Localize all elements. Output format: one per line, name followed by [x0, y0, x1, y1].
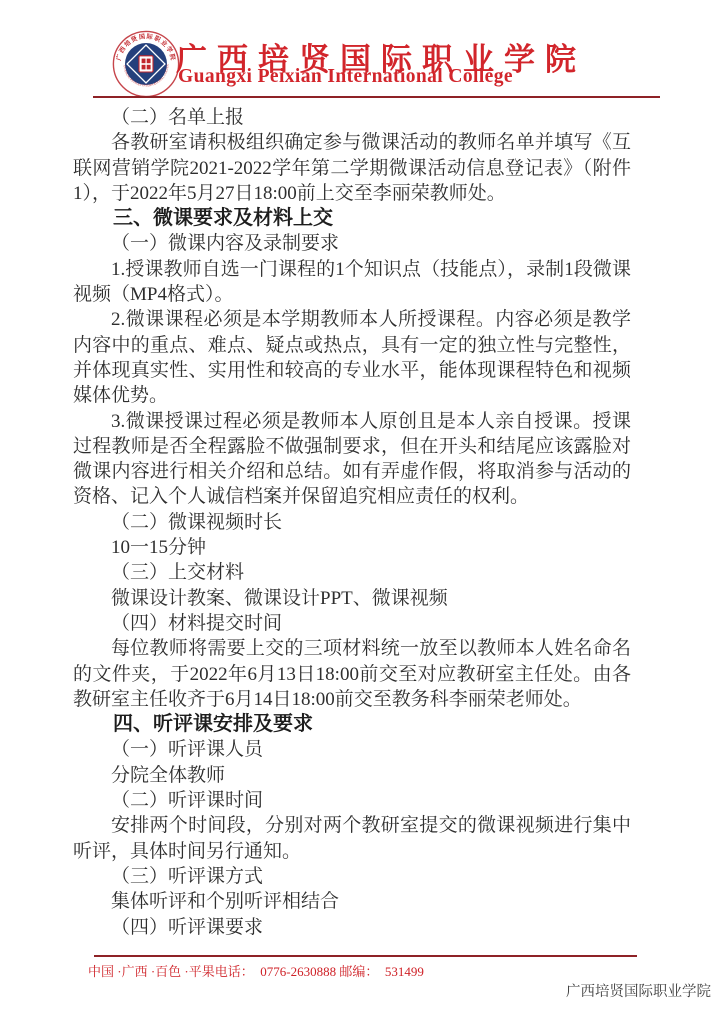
subsection-heading: （二）微课视频时长	[73, 510, 631, 535]
site-watermark-label: 广西培贤国际职业学院	[566, 980, 711, 1001]
header-divider	[93, 96, 660, 98]
doc-line: 分院全体教师	[73, 763, 631, 788]
doc-line: 微课设计教案、微课设计PPT、微课视频	[73, 586, 631, 611]
doc-line: 集体听评和个别听评相结合	[73, 889, 631, 914]
footer-contact-info: 中国 ·广西 ·百色 ·平果电话： 0776-2630888 邮编： 53149…	[88, 961, 424, 980]
subsection-heading: （一）微课内容及录制要求	[73, 231, 631, 256]
document-body: （二）名单上报各教研室请积极组织确定参与微课活动的教师名单并填写《互联网营销学院…	[73, 105, 631, 940]
doc-line: 10一15分钟	[73, 535, 631, 560]
subsection-heading: （三）听评课方式	[73, 864, 631, 889]
document-page: 广西培贤国际职业学院 GUANGXI PEIXIAN INTERNATIONAL…	[0, 0, 713, 1010]
footer-divider	[94, 955, 637, 957]
subsection-heading: （四）听评课要求	[73, 915, 631, 940]
doc-line: 3.微课授课过程必须是教师本人原创且是本人亲自授课。授课过程教师是否全程露脸不做…	[73, 409, 631, 510]
college-seal-icon: 广西培贤国际职业学院 GUANGXI PEIXIAN INTERNATIONAL…	[112, 30, 180, 98]
doc-line: 各教研室请积极组织确定参与微课活动的教师名单并填写《互联网营销学院2021-20…	[73, 130, 631, 206]
subsection-heading: （四）材料提交时间	[73, 611, 631, 636]
section-heading: 四、听评课安排及要求	[73, 712, 631, 737]
subsection-heading: （一）听评课人员	[73, 737, 631, 762]
doc-line: 1.授课教师自选一门课程的1个知识点（技能点），录制1段微课视频（MP4格式）。	[73, 257, 631, 308]
college-title-english: Guangxi Peixian International College	[178, 66, 513, 88]
subsection-heading: （三）上交材料	[73, 560, 631, 585]
doc-line: 每位教师将需要上交的三项材料统一放至以教师本人姓名命名的文件夹，于2022年6月…	[73, 636, 631, 712]
subsection-heading: （二）名单上报	[73, 105, 631, 130]
doc-line: 安排两个时间段，分别对两个教研室提交的微课视频进行集中听评，具体时间另行通知。	[73, 813, 631, 864]
doc-line: 2.微课课程必须是本学期教师本人所授课程。内容必须是教学内容中的重点、难点、疑点…	[73, 307, 631, 408]
subsection-heading: （二）听评课时间	[73, 788, 631, 813]
section-heading: 三、微课要求及材料上交	[73, 206, 631, 231]
